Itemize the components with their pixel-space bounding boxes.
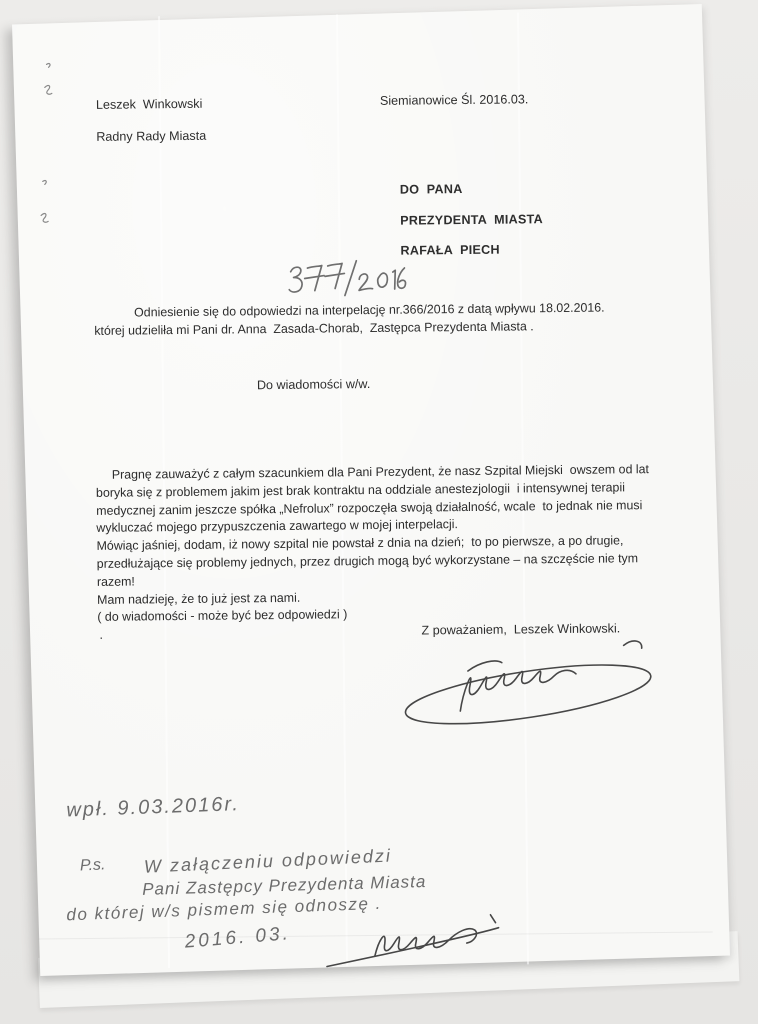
signature-scrawl [400,631,663,738]
body-paragraph: Pragnę zauważyć z całym szacunkiem dla P… [96,461,651,627]
pencil-mark [41,61,56,111]
handwritten-ps-date: 2016. 03. [184,923,292,953]
stray-period: . [99,628,103,643]
sender-name: Leszek Winkowski [96,97,203,113]
handwritten-received-note: wpł. 9.03.2016r. [66,793,240,822]
handwritten-reference-number [287,253,413,303]
signature-scrawl-small [322,911,503,973]
handwritten-ps-line-1: W załączeniu odpowiedzi [144,845,393,877]
recipient-line-2: PREZYDENTA MIASTA [400,212,543,228]
intro-paragraph: Odniesienie się do odpowiedzi na interpe… [94,300,605,341]
cc-line: Do wiadomości w/w. [257,377,371,393]
letter-page: Leszek Winkowski Radny Rady Miasta Siemi… [12,4,730,976]
dateline: Siemianowice Śl. 2016.03. [380,92,529,109]
recipient-line-1: DO PANA [400,182,463,198]
sender-title: Radny Rady Miasta [96,129,206,145]
handwritten-ps-line-2: Pani Zastępcy Prezydenta Miasta [142,872,427,900]
handwritten-ps-label: P.s. [80,856,106,875]
recipient-line-3: RAFAŁA PIECH [400,243,499,259]
scanned-letter-scene: Leszek Winkowski Radny Rady Miasta Siemi… [0,0,758,1024]
pencil-mark [37,177,52,237]
